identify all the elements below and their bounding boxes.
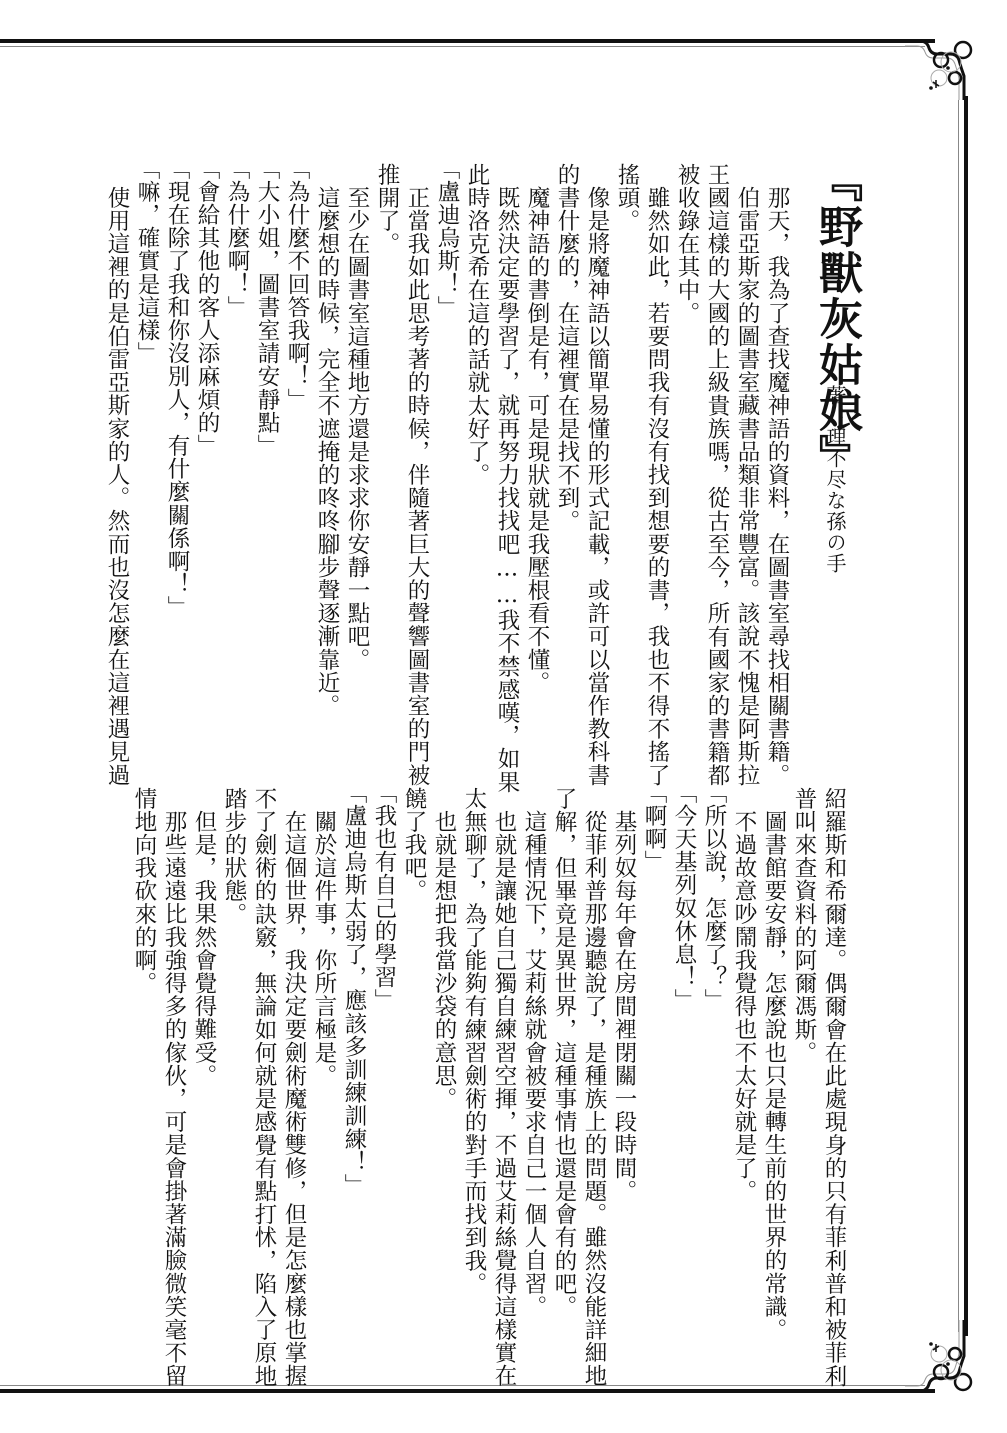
- text-column: 但是，我果然會覺得難受。: [189, 787, 219, 1367]
- text-column: 使用這裡的是伯雷亞斯家的人。然而也沒怎麼在這裡遇見過: [102, 163, 132, 743]
- text-column: 情地向我砍來的啊。: [129, 787, 159, 1367]
- author-byline: 著：理不尽な孫の手: [822, 385, 848, 574]
- text-column: 伯雷亞斯家的圖書室藏書品類非常豐富。該說不愧是阿斯拉: [732, 163, 762, 743]
- text-column: 關於這件事，你所言極是。: [309, 787, 339, 1367]
- text-column: 被收錄在其中。: [672, 163, 702, 743]
- dialogue-column: 「為什麼不回答我啊！」: [282, 157, 312, 743]
- text-column: 了解，但畢竟是異世界，這種事情也還是會有的吧。: [549, 787, 579, 1367]
- dialogue-column: 「今天基列奴休息！」: [669, 781, 699, 1367]
- text-column: 也就是想把我當沙袋的意思。: [429, 787, 459, 1367]
- text-column: 不過故意吵鬧我覺得也不太好就是了。: [729, 787, 759, 1367]
- text-column: 王國這樣的大國的上級貴族嗎，從古至今，所有國家的書籍都: [702, 163, 732, 743]
- text-column: 這麼想的時候，完全不遮掩的咚咚腳步聲逐漸靠近。: [312, 163, 342, 743]
- dialogue-column: 「大小姐，圖書室請安靜點」: [252, 157, 282, 743]
- dialogue-column: 「盧迪烏斯！」: [432, 157, 462, 743]
- ornament-corner-bottom-right-icon: [905, 1320, 985, 1400]
- text-column: 搖頭。: [612, 163, 642, 743]
- text-column: 此時洛克希在這的話就太好了。: [462, 163, 492, 743]
- text-column: 推開了。: [372, 163, 402, 743]
- dialogue-column: 「我也有自己的學習」: [369, 781, 399, 1367]
- dialogue-column: 「現在除了我和你沒別人，有什麼關係啊！」: [162, 157, 192, 743]
- text-column: 太無聊了，為了能夠有練習劍術的對手而找到我。: [459, 787, 489, 1367]
- text-column: 圖書館要安靜，怎麼說也只是轉生前的世界的常識。: [759, 787, 789, 1367]
- text-column: 這種情況下，艾莉絲就會被要求自己一個人自習。: [519, 787, 549, 1367]
- text-column: 基列奴每年會在房間裡閉關一段時間。: [609, 787, 639, 1367]
- lower-text-block: 紹羅斯和希爾達。偶爾會在此處現身的只有菲利普和被菲利 普叫來查資料的阿爾馮斯。 …: [129, 787, 849, 1367]
- dialogue-column: 「所以說，怎麼了？」: [699, 781, 729, 1367]
- dialogue-column: 「為什麼啊！」: [222, 157, 252, 743]
- text-column: 魔神語的書倒是有，可是現狀就是我壓根看不懂。: [522, 163, 552, 743]
- text-column: 那些遠遠比我強得多的傢伙，可是會掛著滿臉微笑毫不留: [159, 787, 189, 1367]
- text-column: 的書什麼的，在這裡實在是找不到。: [552, 163, 582, 743]
- text-column: 正當我如此思考著的時候，伴隨著巨大的聲響圖書室的門被: [402, 163, 432, 743]
- text-column: 紹羅斯和希爾達。偶爾會在此處現身的只有菲利普和被菲利: [819, 787, 849, 1367]
- text-column: 不了劍術的訣竅，無論如何就是感覺有點打怵，陷入了原地: [249, 787, 279, 1367]
- text-column: 踏步的狀態。: [219, 787, 249, 1367]
- text-column: 既然決定要學習了，就再努力找找吧……我不禁感嘆，如果: [492, 163, 522, 743]
- dialogue-column: 「會給其他的客人添麻煩的」: [192, 157, 222, 743]
- frame-bottom-inner-line: [0, 1385, 925, 1386]
- text-column: 至少在圖書室這種地方還是求求你安靜一點吧。: [342, 163, 372, 743]
- text-column: 普叫來查資料的阿爾馮斯。: [789, 787, 819, 1367]
- dialogue-column: 「盧迪烏斯太弱了，應該多訓練訓練！」: [339, 781, 369, 1367]
- text-column: 饒了我吧。: [399, 787, 429, 1367]
- ornament-corner-top-right-icon: [905, 20, 985, 100]
- frame-bottom-border: [0, 1389, 935, 1393]
- frame-right-inner-line: [958, 100, 959, 1332]
- dialogue-column: 「嘛，確實是這樣」: [132, 157, 162, 743]
- frame-top-inner-line: [0, 46, 925, 47]
- text-column: 也就是讓她自己獨自練習空揮，不過艾莉絲覺得這樣實在: [489, 787, 519, 1367]
- frame-right-border: [964, 96, 968, 1336]
- dialogue-column: 「啊啊」: [639, 781, 669, 1367]
- upper-text-block: 那天，我為了查找魔神語的資料，在圖書室尋找相關書籍。 伯雷亞斯家的圖書室藏書品類…: [102, 163, 792, 743]
- text-column: 像是將魔神語以簡單易懂的形式記載，或許可以當作教科書: [582, 163, 612, 743]
- text-column: 在這個世界，我決定要劍術魔術雙修，但是怎麼樣也掌握: [279, 787, 309, 1367]
- text-column: 那天，我為了查找魔神語的資料，在圖書室尋找相關書籍。: [762, 163, 792, 743]
- text-column: 雖然如此，若要問我有沒有找到想要的書，我也不得不搖了: [642, 163, 672, 743]
- text-column: 從菲利普那邊聽說了，是種族上的問題。雖然沒能詳細地: [579, 787, 609, 1367]
- frame-top-border: [0, 39, 935, 43]
